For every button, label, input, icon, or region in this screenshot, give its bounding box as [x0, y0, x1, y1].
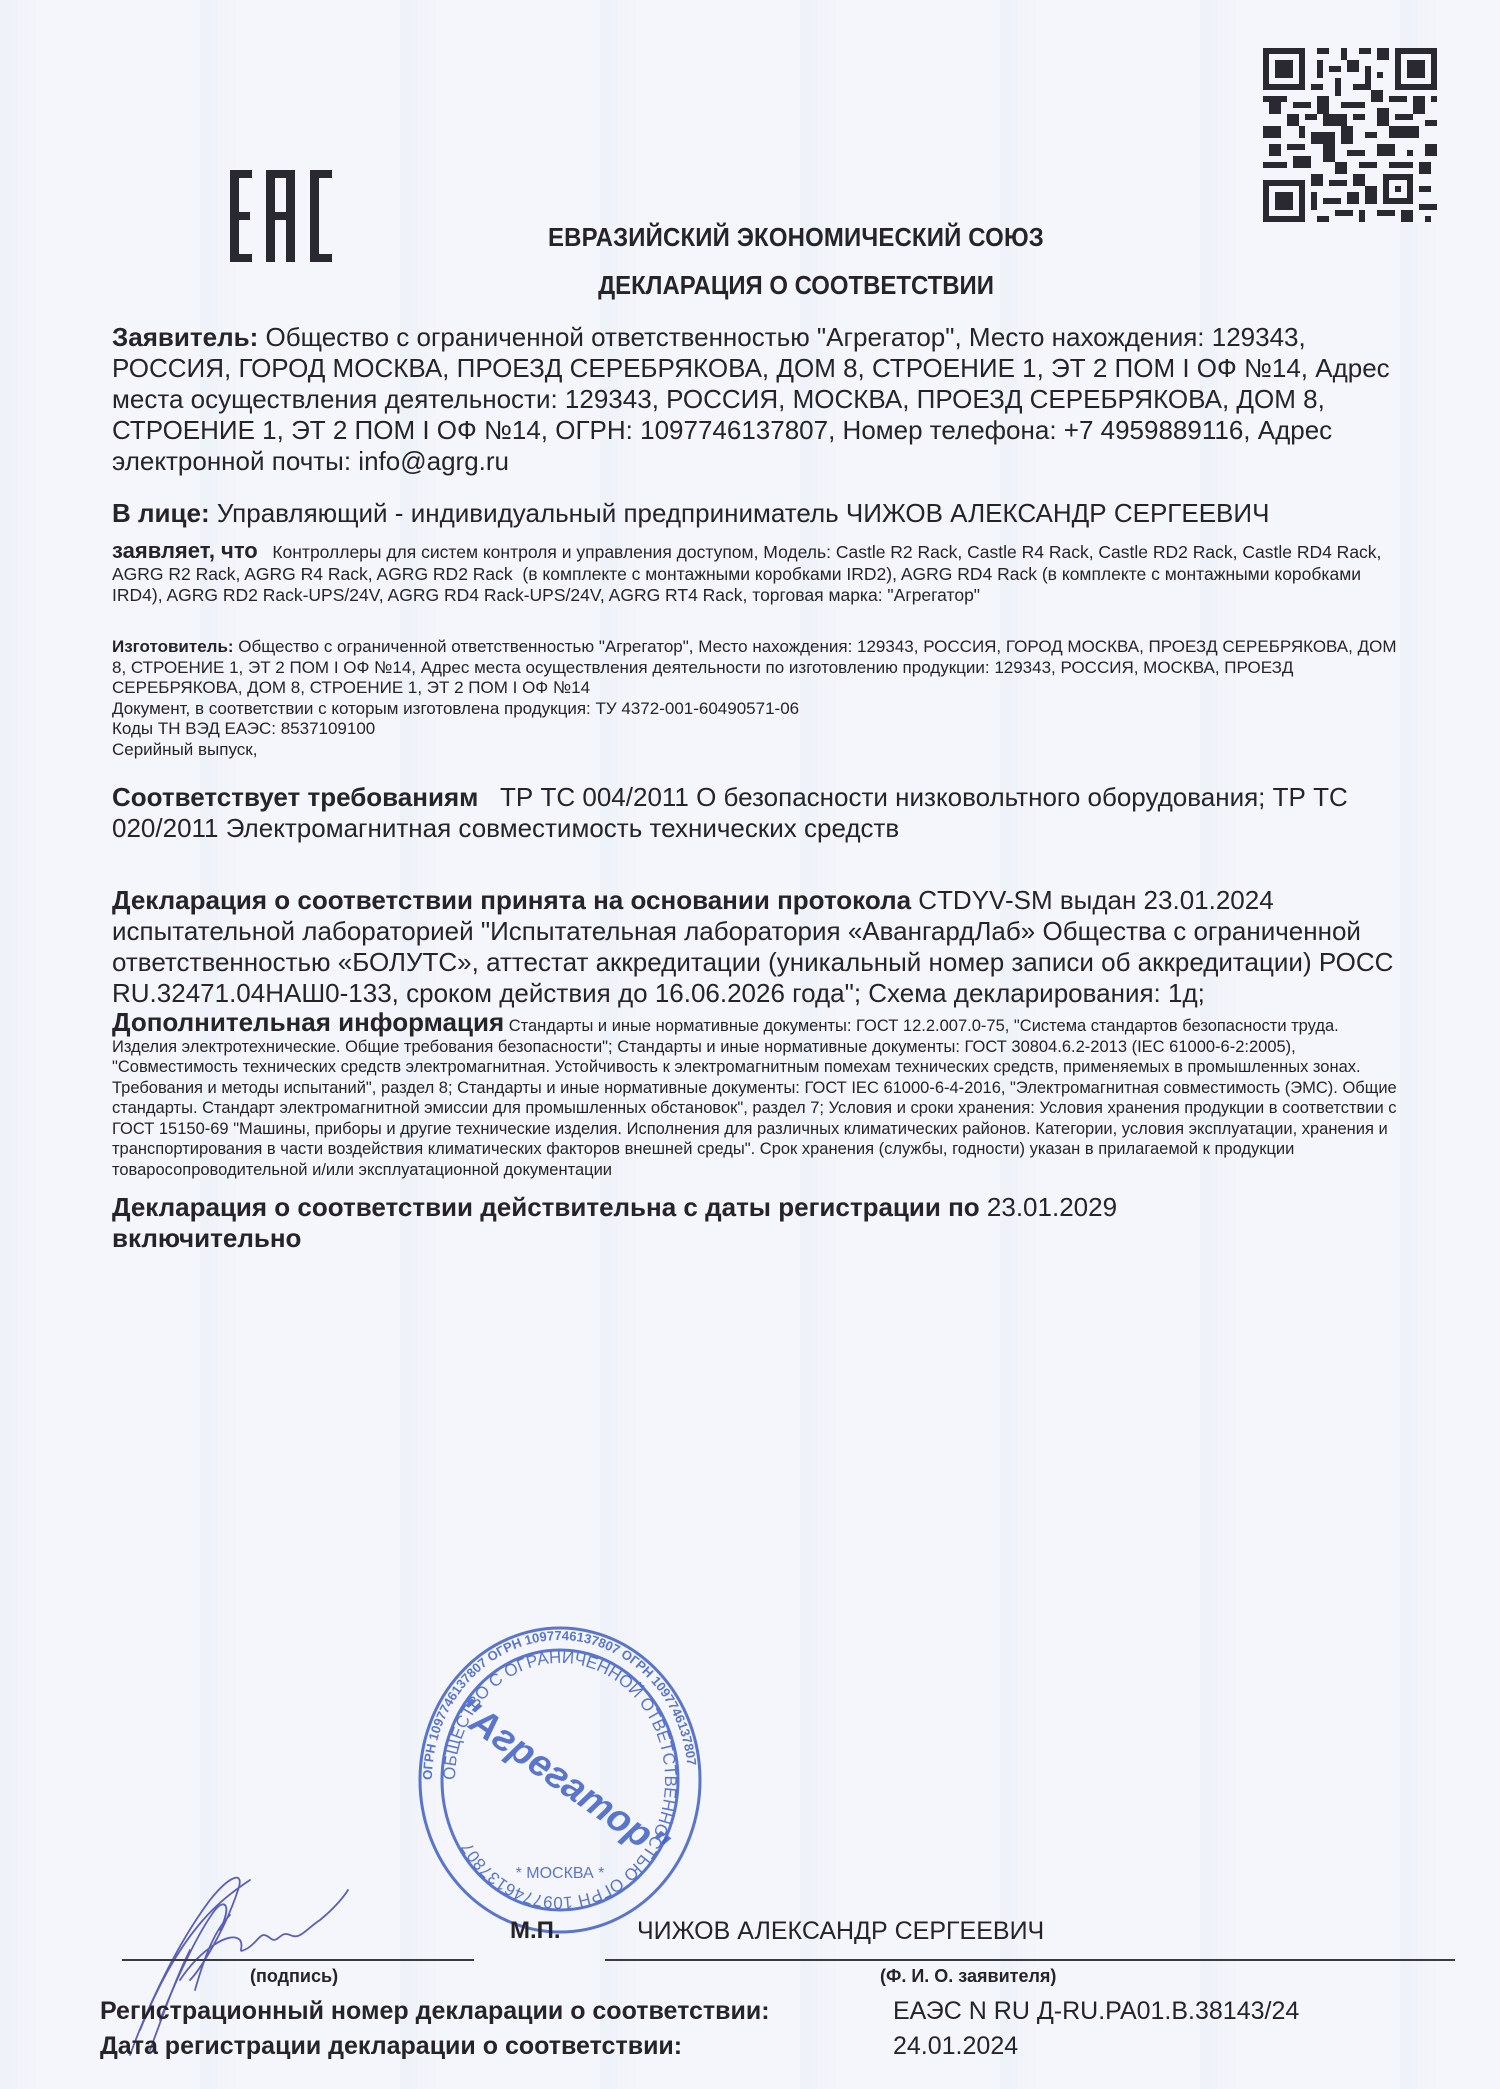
product-section: заявляет, что Контроллеры для систем кон…: [112, 540, 1402, 607]
manufacturing-document: Документ, в соответствии с которым изгот…: [112, 699, 1402, 720]
name-caption: (Ф. И. О. заявителя): [880, 1966, 1056, 1987]
manufacturer-section: Изготовитель: Общество с ограниченной от…: [112, 637, 1402, 760]
applicant-text: Общество с ограниченной ответственностью…: [112, 322, 1390, 476]
protocol-section: Декларация о соответствии принята на осн…: [112, 885, 1402, 1009]
representative-label: В лице:: [112, 498, 210, 528]
stamp-city: * МОСКВА *: [516, 1865, 605, 1882]
union-heading: ЕВРАЗИЙСКИЙ ЭКОНОМИЧЕСКИЙ СОЮЗ: [60, 222, 1440, 253]
validity-section: Декларация о соответствии действительна …: [112, 1192, 1402, 1254]
additional-info-text: Стандарты и иные нормативные документы: …: [112, 1017, 1397, 1179]
registration-date: 24.01.2024: [893, 2032, 1018, 2061]
manufacturer-text: Общество с ограниченной ответственностью…: [112, 637, 1397, 697]
protocol-label: Декларация о соответствии принята на осн…: [112, 885, 911, 915]
stamp-center: "Агрегатор": [447, 1690, 676, 1868]
seal-place-label: М.П.: [510, 1917, 561, 1945]
validity-suffix: включительно: [112, 1223, 1402, 1254]
additional-info-section: Дополнительная информация Стандарты и ин…: [112, 1012, 1402, 1180]
applicant-label: Заявитель:: [112, 322, 258, 352]
company-stamp-icon: ОГРН 1097746137807 ОГРН 1097746137807 ОГ…: [415, 1620, 705, 1940]
declaration-page: ЕВРАЗИЙСКИЙ ЭКОНОМИЧЕСКИЙ СОЮЗ ДЕКЛАРАЦИ…: [0, 0, 1500, 2089]
product-text: Контроллеры для систем контроля и управл…: [112, 542, 1385, 605]
document-title: ДЕКЛАРАЦИЯ О СООТВЕТСТВИИ: [60, 270, 1440, 301]
validity-date: 23.01.2029: [980, 1192, 1117, 1222]
registration-date-label: Дата регистрации декларации о соответств…: [100, 2032, 682, 2061]
tn-ved-codes: Коды ТН ВЭД ЕАЭС: 8537109100: [112, 719, 1402, 740]
registration-number-label: Регистрационный номер декларации о соотв…: [100, 1997, 770, 2026]
representative-text: Управляющий - индивидуальный предпринима…: [210, 498, 1270, 528]
signature-caption: (подпись): [250, 1966, 338, 1987]
additional-info-label: Дополнительная информация: [112, 1007, 504, 1037]
applicant-name: ЧИЖОВ АЛЕКСАНДР СЕРГЕЕВИЧ: [637, 1917, 1044, 1946]
qr-code-icon[interactable]: [1263, 48, 1437, 222]
manufacturer-label: Изготовитель:: [112, 637, 234, 656]
signature-line: [122, 1959, 474, 1961]
conformity-label: Соответствует требованиям: [112, 782, 478, 812]
name-line: [605, 1959, 1455, 1961]
declares-label: заявляет, что: [112, 538, 258, 563]
release-type: Серийный выпуск,: [112, 740, 1402, 761]
conformity-section: Соответствует требованиям ТР ТС 004/2011…: [112, 782, 1402, 844]
validity-label: Декларация о соответствии действительна …: [112, 1192, 980, 1222]
representative-section: В лице: Управляющий - индивидуальный пре…: [112, 498, 1402, 529]
applicant-section: Заявитель: Общество с ограниченной ответ…: [112, 322, 1402, 477]
registration-number: ЕАЭС N RU Д-RU.PA01.B.38143/24: [893, 1997, 1299, 2026]
